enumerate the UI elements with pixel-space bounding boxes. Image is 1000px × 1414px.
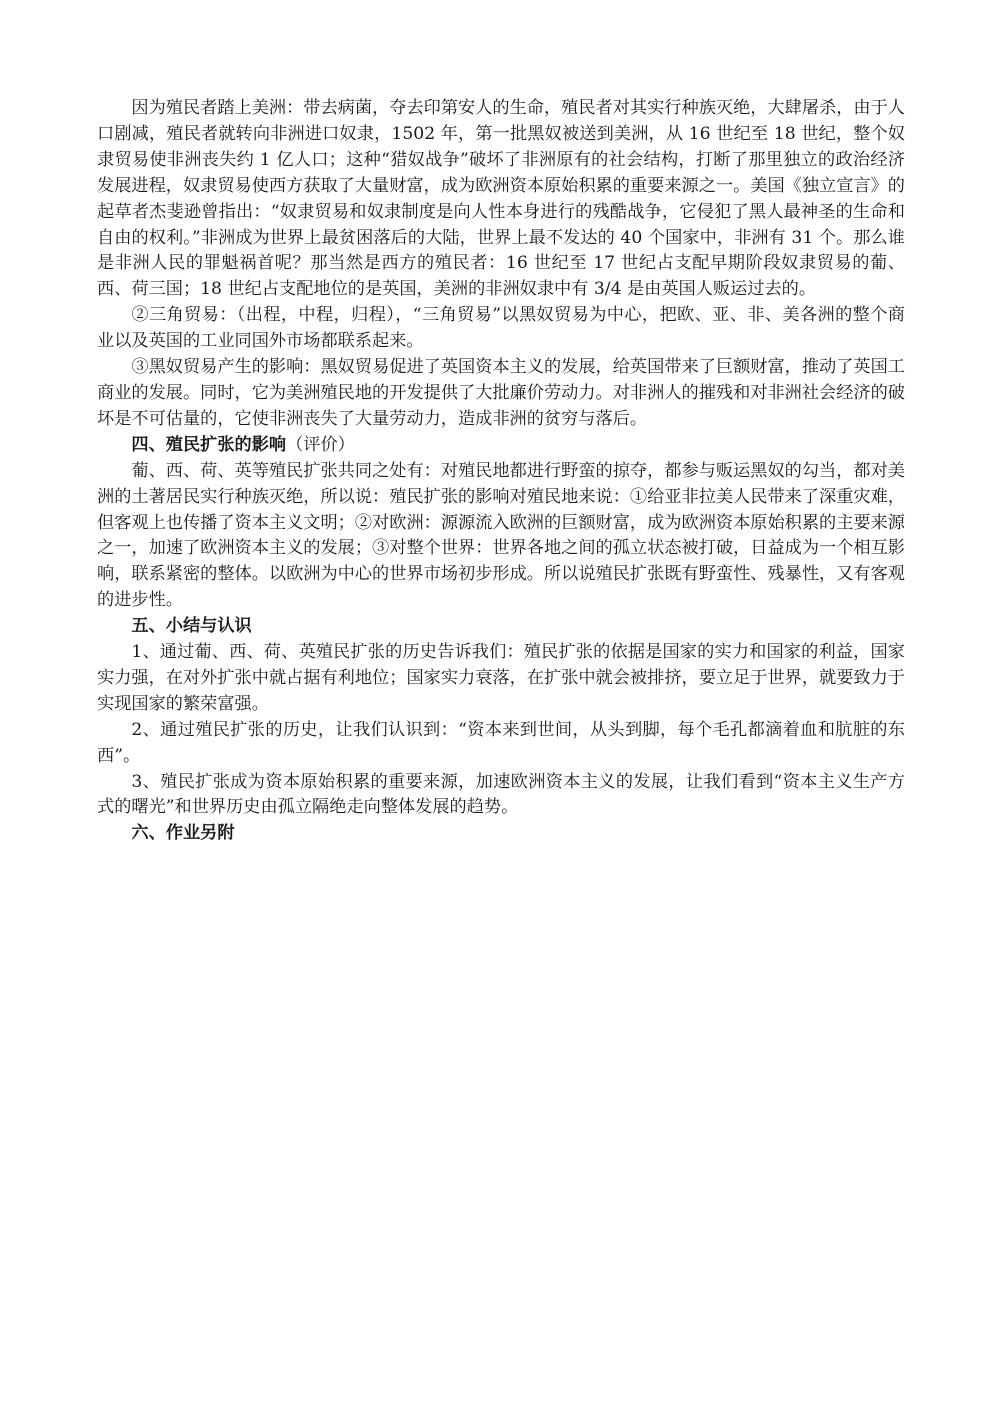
section-heading-6: 六、作业另附	[97, 821, 905, 847]
paragraph-colonial-impact: 葡、西、荷、英等殖民扩张共同之处有：对殖民地都进行野蛮的掠夺，都参与贩运黑奴的勾…	[97, 459, 905, 614]
paragraph-summary-1: 1、通过葡、西、荷、英殖民扩张的历史告诉我们：殖民扩张的依据是国家的实力和国家的…	[97, 640, 905, 718]
paragraph-slave-trade-impact: ③黑奴贸易产生的影响：黑奴贸易促进了英国资本主义的发展，给英国带来了巨额财富，推…	[97, 355, 905, 433]
paragraph-triangle-trade: ②三角贸易：（出程，中程，归程），“三角贸易”以黑奴贸易为中心，把欧、亚、非、美…	[97, 303, 905, 355]
section-heading-6-title: 六、作业另附	[131, 823, 234, 843]
section-heading-5: 五、小结与认识	[97, 614, 905, 640]
section-heading-5-title: 五、小结与认识	[131, 616, 251, 636]
paragraph-slave-trade-background: 因为殖民者踏上美洲：带去病菌，夺去印第安人的生命，殖民者对其实行种族灭绝，大肆屠…	[97, 96, 905, 303]
section-heading-4-title: 四、殖民扩张的影响	[131, 435, 286, 455]
document-page: 因为殖民者踏上美洲：带去病菌，夺去印第安人的生命，殖民者对其实行种族灭绝，大肆屠…	[97, 96, 905, 847]
paragraph-summary-2: 2、通过殖民扩张的历史，让我们认识到：“资本来到世间，从头到脚，每个毛孔都滴着血…	[97, 718, 905, 770]
section-heading-4-note: （评价）	[286, 435, 355, 455]
paragraph-summary-3: 3、殖民扩张成为资本原始积累的重要来源，加速欧洲资本主义的发展，让我们看到“资本…	[97, 770, 905, 822]
section-heading-4: 四、殖民扩张的影响（评价）	[97, 433, 905, 459]
